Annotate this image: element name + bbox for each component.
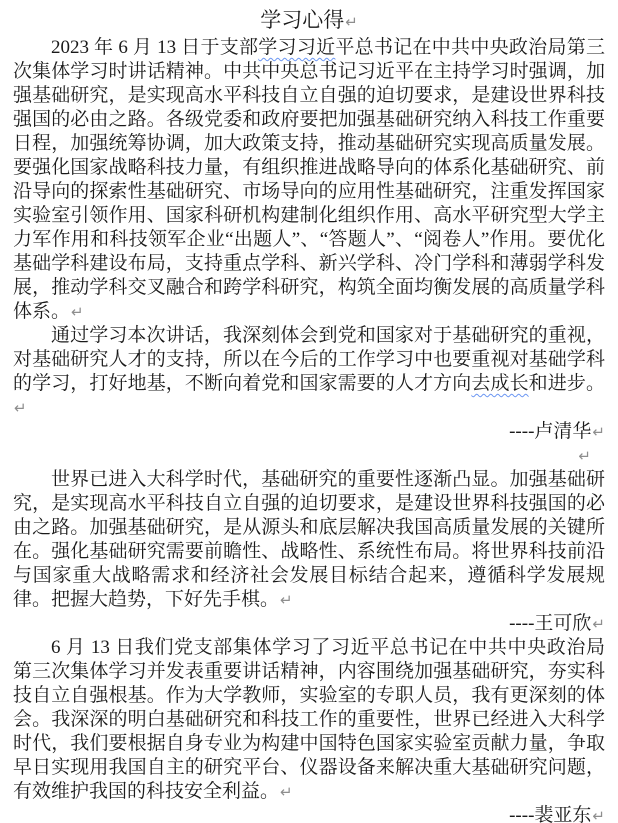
title-text[interactable]: 学习心得 <box>260 8 344 32</box>
document-page: 学习心得↵2023 年 6 月 13 日于支部学习习近平总书记在中共中央政治局第… <box>0 0 618 823</box>
paragraph[interactable]: 通过学习本次讲话，我深刻体会到党和国家对于基础研究的重视，对基础研究人才的支持，… <box>13 324 605 420</box>
signature-text[interactable]: ----卢清华 <box>509 421 591 442</box>
paragraph-text[interactable]: 世界已进入大科学时代，基础研究的重要性逐渐凸显。加强基础研究，是实现高水平科技自… <box>13 469 605 610</box>
paragraph-mark-icon: ↵ <box>577 447 591 465</box>
paragraph-mark-icon: ↵ <box>279 591 293 609</box>
paragraph-mark-icon: ↵ <box>344 13 358 31</box>
signature-line[interactable]: ----王可欣↵ <box>13 612 605 636</box>
paragraph[interactable]: 世界已进入大科学时代，基础研究的重要性逐渐凸显。加强基础研究，是实现高水平科技自… <box>13 468 605 612</box>
document-body[interactable]: 学习心得↵2023 年 6 月 13 日于支部学习习近平总书记在中共中央政治局第… <box>13 6 605 823</box>
spellcheck-flagged-text[interactable]: 去成长 <box>471 373 528 394</box>
paragraph-text[interactable]: 和进步。 <box>529 373 605 394</box>
signature-text[interactable]: ----王可欣 <box>509 613 591 634</box>
paragraph-text[interactable]: 2023 年 6 月 13 日于支部 <box>51 37 258 58</box>
signature-text[interactable]: ----裴亚东 <box>509 805 591 823</box>
paragraph-mark-icon: ↵ <box>279 783 293 801</box>
signature-line[interactable]: ----裴亚东↵ <box>13 804 605 823</box>
paragraph-text[interactable]: 6 月 13 日我们党支部集体学习了习近平总书记在中共中央政治局第三次集体学习并… <box>13 637 605 802</box>
paragraph-text[interactable]: 平总书记在中共中央政治局第三次集体学习时讲话精神。中共中央总书记习近平在主持学习… <box>13 37 605 322</box>
paragraph-mark-icon: ↵ <box>591 615 605 633</box>
paragraph[interactable]: 2023 年 6 月 13 日于支部学习习近平总书记在中共中央政治局第三次集体学… <box>13 36 605 324</box>
paragraph-mark-icon: ↵ <box>70 303 84 321</box>
empty-paragraph[interactable]: ↵ <box>13 444 605 468</box>
signature-line[interactable]: ----卢清华↵ <box>13 420 605 444</box>
paragraph-mark-icon: ↵ <box>591 423 605 441</box>
paragraph[interactable]: 6 月 13 日我们党支部集体学习了习近平总书记在中共中央政治局第三次集体学习并… <box>13 636 605 804</box>
spellcheck-flagged-text[interactable]: 学习习近 <box>258 37 335 58</box>
paragraph-mark-icon: ↵ <box>13 399 27 417</box>
paragraph-mark-icon: ↵ <box>591 807 605 823</box>
document-title[interactable]: 学习心得↵ <box>13 6 605 36</box>
